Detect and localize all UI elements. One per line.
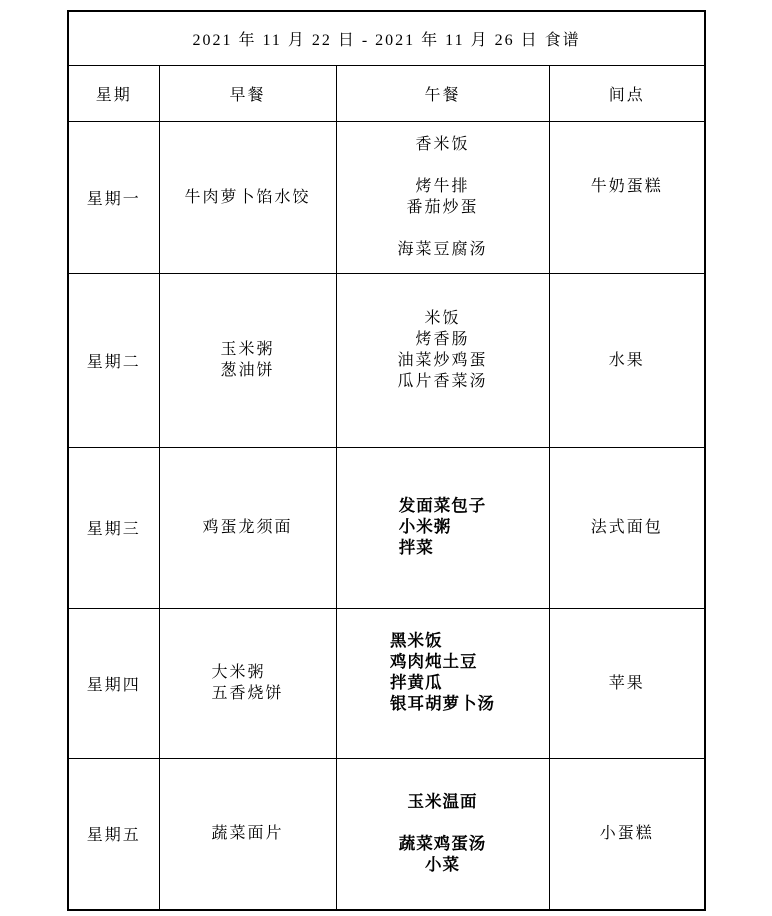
snack-cell: 水果 [549,273,705,447]
lunch-items: 香米饭烤牛排番茄炒蛋海菜豆腐汤 [397,134,487,260]
col-header-lunch: 午餐 [336,65,549,121]
menu-title: 2021 年 11 月 22 日 - 2021 年 11 月 26 日 食谱 [68,11,705,65]
snack-cell: 牛奶蛋糕 [549,121,705,273]
lunch-cell: 黑米饭鸡肉炖土豆拌黄瓜银耳胡萝卜汤 [336,608,549,758]
snack-cell: 苹果 [549,608,705,758]
menu-row-thursday: 星期四 大米粥五香烧饼 黑米饭鸡肉炖土豆拌黄瓜银耳胡萝卜汤 苹果 [68,608,705,758]
col-header-day: 星期 [68,65,159,121]
lunch-items: 玉米温面蔬菜鸡蛋汤小菜 [399,792,487,876]
breakfast-cell: 玉米粥葱油饼 [159,273,336,447]
breakfast-cell: 大米粥五香烧饼 [159,608,336,758]
day-cell: 星期五 [68,758,159,910]
breakfast-items: 牛肉萝卜馅水饺 [184,187,310,208]
day-cell: 星期一 [68,121,159,273]
menu-row-monday: 星期一 牛肉萝卜馅水饺 香米饭烤牛排番茄炒蛋海菜豆腐汤 牛奶蛋糕 [68,121,705,273]
day-cell: 星期三 [68,447,159,608]
breakfast-items: 大米粥五香烧饼 [211,662,283,704]
lunch-items: 发面菜包子小米粥拌菜 [399,496,487,559]
menu-row-tuesday: 星期二 玉米粥葱油饼 米饭烤香肠油菜炒鸡蛋瓜片香菜汤 水果 [68,273,705,447]
col-header-breakfast: 早餐 [159,65,336,121]
breakfast-items: 玉米粥葱油饼 [220,339,274,381]
menu-row-friday: 星期五 蔬菜面片 玉米温面蔬菜鸡蛋汤小菜 小蛋糕 [68,758,705,910]
snack-items: 牛奶蛋糕 [591,176,663,218]
breakfast-cell: 蔬菜面片 [159,758,336,910]
header-row: 星期 早餐 午餐 间点 [68,65,705,121]
snack-items: 小蛋糕 [600,823,654,844]
lunch-cell: 米饭烤香肠油菜炒鸡蛋瓜片香菜汤 [336,273,549,447]
snack-cell: 小蛋糕 [549,758,705,910]
menu-row-wednesday: 星期三 鸡蛋龙须面 发面菜包子小米粥拌菜 法式面包 [68,447,705,608]
breakfast-cell: 鸡蛋龙须面 [159,447,336,608]
day-cell: 星期四 [68,608,159,758]
document-sheet: 2021 年 11 月 22 日 - 2021 年 11 月 26 日 食谱 星… [0,0,772,916]
lunch-cell: 香米饭烤牛排番茄炒蛋海菜豆腐汤 [336,121,549,273]
lunch-cell: 发面菜包子小米粥拌菜 [336,447,549,608]
lunch-cell: 玉米温面蔬菜鸡蛋汤小菜 [336,758,549,910]
col-header-snack: 间点 [549,65,705,121]
snack-items: 苹果 [609,673,645,694]
breakfast-items: 蔬菜面片 [211,823,283,844]
snack-items: 法式面包 [591,517,663,538]
snack-items: 水果 [609,350,645,371]
snack-cell: 法式面包 [549,447,705,608]
breakfast-items: 鸡蛋龙须面 [202,517,292,538]
lunch-items: 米饭烤香肠油菜炒鸡蛋瓜片香菜汤 [397,308,487,413]
breakfast-cell: 牛肉萝卜馅水饺 [159,121,336,273]
lunch-items: 黑米饭鸡肉炖土豆拌黄瓜银耳胡萝卜汤 [390,631,495,736]
menu-table: 2021 年 11 月 22 日 - 2021 年 11 月 26 日 食谱 星… [67,10,706,911]
title-row: 2021 年 11 月 22 日 - 2021 年 11 月 26 日 食谱 [68,11,705,65]
day-cell: 星期二 [68,273,159,447]
